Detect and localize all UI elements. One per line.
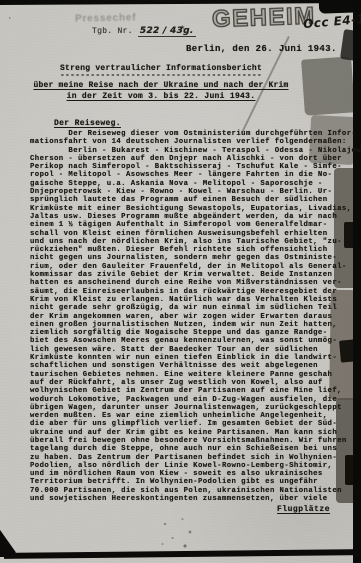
pressechef-stamp: Pressechef (75, 12, 137, 24)
title-line-3: in der Zeit vom 3. bis 22. Juni 1943. (30, 92, 292, 101)
body-line: tagelang durch die Steppe, ohne auch nur… (30, 445, 361, 453)
body-line: übrigen Wagen, darunter unser Journalist… (30, 404, 361, 412)
pencil-corner-mark: ˟ (8, 17, 13, 23)
body-line: hatten es anscheinend durch eine Reihe v… (30, 279, 361, 287)
body-line: mationsfahrt von 14 deutschen Journalist… (30, 138, 361, 146)
body-text-block: Der Reiseweg dieser vom Ostministerium d… (30, 130, 361, 503)
body-line: rium, oder den Gauleiter Frauenfeld, der… (30, 263, 361, 271)
document-title-block: Streng vertraulicher Informationsbericht… (30, 64, 292, 101)
body-line: und uns nach der nördlichen Krim, also i… (30, 238, 361, 246)
body-line: taurischen Gebietes nehmen. Eine weitere… (30, 371, 361, 379)
body-line: biet des Asowschen Meeres genau kennenzu… (30, 337, 361, 345)
dateline: Berlin, den 26. Juni 1943. (186, 44, 337, 54)
scan-edge-bottom-left-mark (0, 527, 16, 557)
scan-speckles (155, 512, 205, 552)
body-line: schaftlichen und sonstigen Verhältnisse … (30, 362, 361, 370)
body-line: die aber für uns glimpflich verlief. Im … (30, 420, 361, 428)
body-line: säumt, die Einreiseerlaubnis in das rück… (30, 288, 361, 296)
body-line: sprünglich lautete das Programm auf eine… (30, 196, 361, 204)
section-heading-reiseweg: Der Reiseweg. (54, 119, 121, 128)
body-line: nicht gegen uns Journalisten, sondern me… (30, 254, 361, 262)
body-line: Berlin - Bukarest - Kischinew - Teraspol… (30, 147, 361, 155)
body-line: der Krim angekommen waren, aber wir zoge… (30, 313, 361, 321)
handwritten-asterisk: * (180, 25, 185, 35)
body-line: auf der Rückfahrt, als unser Zug westlic… (30, 379, 361, 387)
tgb-label: Tgb. Nr. (92, 27, 138, 36)
title-underline-dashes: ---------------------------------------- (30, 73, 292, 78)
body-line: Krimküste mit einer Besichtigung Sewasto… (30, 205, 361, 213)
body-line: gaische Steppe, u.a. Askania Nova - Meli… (30, 180, 361, 188)
catchword-flugplaetze: Flugplätze (277, 505, 330, 514)
scan-blotch (301, 56, 355, 115)
body-line: schall von Kleist einen förmlichen Auswe… (30, 230, 361, 238)
body-line: einen großen journalistischen Nutzen, in… (30, 321, 361, 329)
body-line: und sowjetischen Heereskontingenten zusa… (30, 495, 361, 503)
body-line: Krim von Kleist zu erlangen. Natürlich w… (30, 296, 361, 304)
tgb-number-handwritten: 522 / 43g. (138, 26, 196, 37)
geheim-secret-stamp: GEHEIM (212, 2, 317, 34)
body-line: lich gewesen wäre. Statt der Baedecker T… (30, 346, 361, 354)
body-line: wodurch Lokomotive, Packwagen und ein D-… (30, 396, 361, 404)
body-line: Cherson - übersetzen auf den Dnjepr nach… (30, 155, 361, 163)
body-line: Podolien, also nördlich der Linie Kowel-… (30, 462, 361, 470)
body-line: einem 1 ½ tägigen Aufenthalt in Simferop… (30, 221, 361, 229)
body-line: wolhynischen Gebiet im Zentrum der Parti… (30, 387, 361, 395)
scanned-document-page: ˟ Pressechef Tgb. Nr. 522 / 43g. * GEHEI… (0, 0, 361, 563)
body-line: 70.000 Partisanen, die sich aus Polen, u… (30, 487, 361, 495)
body-line: ukraine und auf der Krim gibt es keine P… (30, 429, 361, 437)
body-line: zu haben. Das Zentrum der Partisanen bef… (30, 454, 361, 462)
body-line: Territorium betrifft. In Wolhynien-Podol… (30, 478, 361, 486)
title-line-2: über meine Reise nach der Ukraine und na… (30, 81, 292, 90)
body-line: nicht gerade sehr großzügig, da wir nun … (30, 304, 361, 312)
body-line: ropol - Melitopol - Asowsches Meer - län… (30, 171, 361, 179)
